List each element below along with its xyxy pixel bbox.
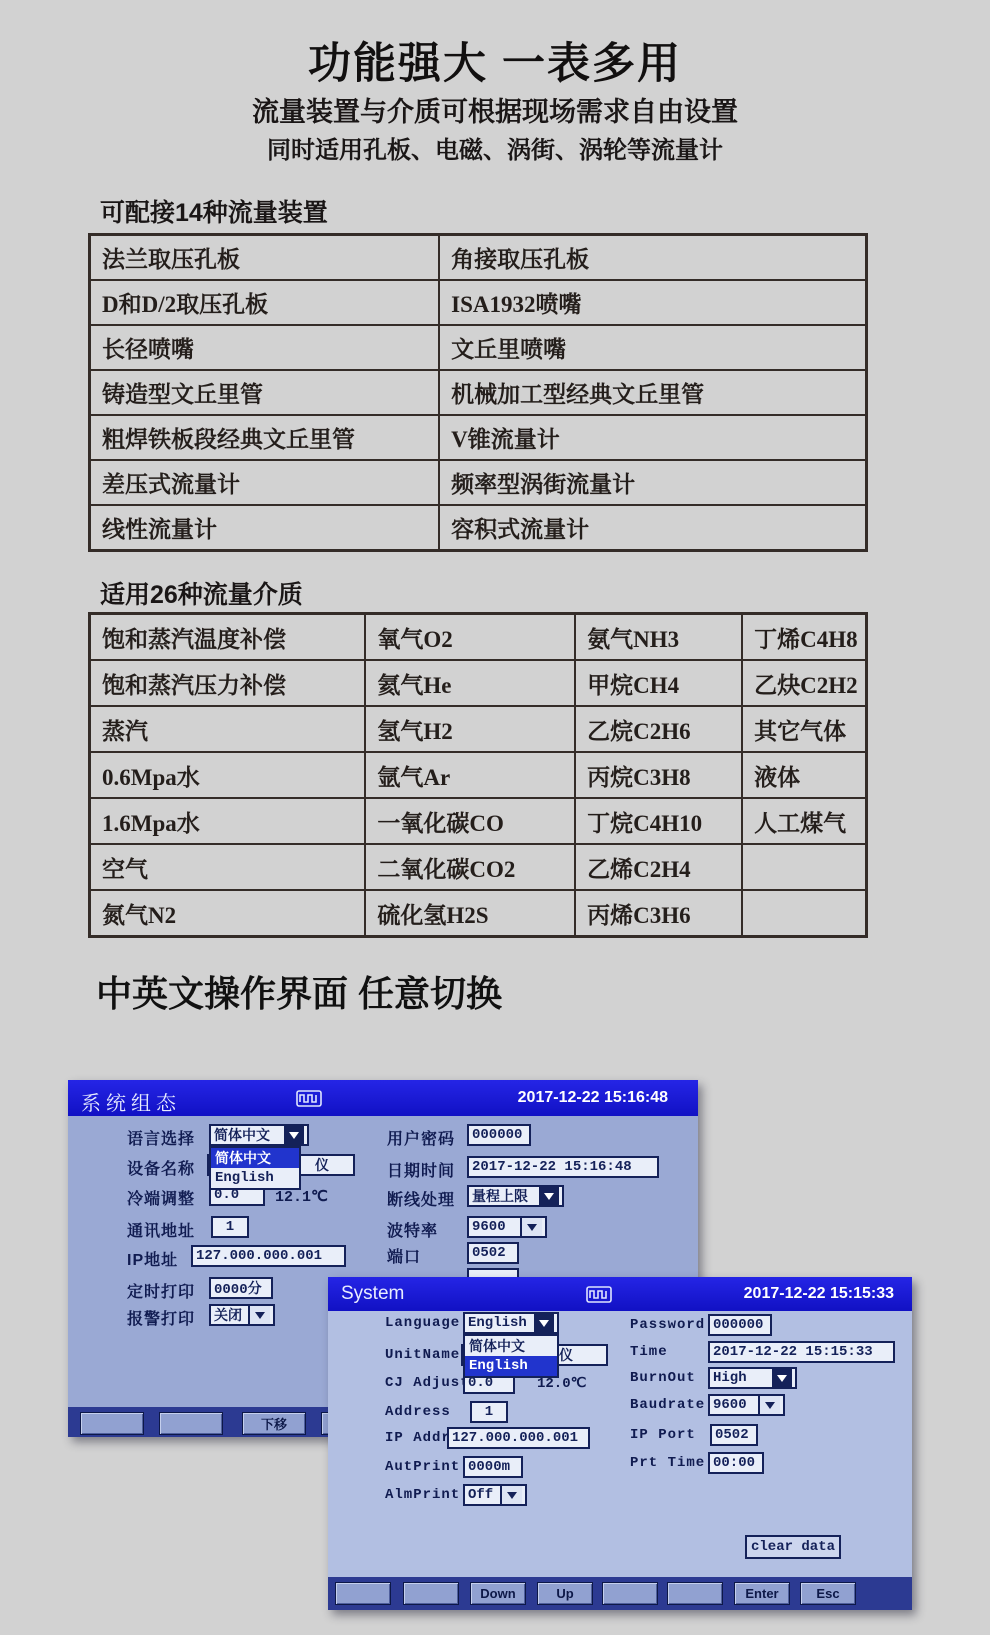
chevron-down-icon[interactable] bbox=[758, 1396, 780, 1414]
chevron-down-icon[interactable] bbox=[500, 1486, 522, 1504]
en-language-select[interactable]: English bbox=[463, 1312, 559, 1334]
device-cell: 长径喷嘴 bbox=[90, 325, 440, 370]
en-password-label: Password bbox=[630, 1317, 705, 1333]
en-unitname-label: UnitName bbox=[385, 1347, 460, 1363]
device-cell: 粗焊铁板段经典文丘里管 bbox=[90, 415, 440, 460]
cn-timed-print-field[interactable]: 0000分 bbox=[209, 1277, 273, 1299]
device-cell: 频率型涡街流量计 bbox=[439, 460, 866, 505]
clear-data-button[interactable]: clear data bbox=[745, 1535, 841, 1559]
en-ip-value: 127.000.000.001 bbox=[452, 1430, 578, 1446]
cn-softkey-2[interactable] bbox=[159, 1412, 223, 1435]
cn-datetime-label: 日期时间 bbox=[387, 1158, 455, 1181]
media-cell: 丁烷C4H10 bbox=[575, 798, 742, 844]
en-softkey-5[interactable] bbox=[602, 1582, 658, 1605]
device-cell: 差压式流量计 bbox=[90, 460, 440, 505]
en-alm-print-value: Off bbox=[468, 1487, 493, 1503]
media-cell: 二氧化碳CO2 bbox=[365, 844, 575, 890]
device-cell: 机械加工型经典文丘里管 bbox=[439, 370, 866, 415]
cn-softkey-1[interactable] bbox=[80, 1412, 144, 1435]
cn-alarm-print-label: 报警打印 bbox=[127, 1306, 195, 1329]
pulse-wave-icon bbox=[296, 1090, 322, 1112]
cn-password-label: 用户密码 bbox=[387, 1126, 455, 1149]
en-cj-adjust-label: CJ Adjust bbox=[385, 1375, 470, 1391]
en-softkey-6[interactable] bbox=[667, 1582, 723, 1605]
en-baudrate-value: 9600 bbox=[713, 1397, 747, 1413]
cn-timed-print-value: 0000分 bbox=[214, 1278, 262, 1298]
en-softkey-down[interactable]: Down bbox=[470, 1582, 526, 1605]
cn-port-value: 0502 bbox=[472, 1245, 506, 1261]
media-cell: 液体 bbox=[742, 752, 866, 798]
cn-language-label: 语言选择 bbox=[127, 1126, 195, 1149]
device-cell: V锥流量计 bbox=[439, 415, 866, 460]
cn-alarm-print-value: 关闭 bbox=[214, 1305, 242, 1325]
cn-password-field[interactable]: 000000 bbox=[467, 1124, 531, 1146]
cn-baudrate-value: 9600 bbox=[472, 1219, 506, 1235]
media-cell bbox=[742, 890, 866, 937]
en-softkey-2[interactable] bbox=[403, 1582, 459, 1605]
chevron-down-icon[interactable] bbox=[534, 1314, 554, 1332]
media-cell: 一氧化碳CO bbox=[365, 798, 575, 844]
cn-ip-label: IP地址 bbox=[127, 1247, 178, 1270]
page-subtitle-2: 同时适用孔板、电磁、涡街、涡轮等流量计 bbox=[0, 130, 990, 165]
en-prt-time-value: 00:00 bbox=[713, 1455, 755, 1471]
table-row: 铸造型文丘里管 机械加工型经典文丘里管 bbox=[90, 370, 867, 415]
media-heading: 适用26种流量介质 bbox=[100, 575, 303, 611]
en-softkey-esc[interactable]: Esc bbox=[800, 1582, 856, 1605]
table-row: 空气 二氧化碳CO2 乙烯C2H4 bbox=[90, 844, 867, 890]
cn-address-field[interactable]: 1 bbox=[211, 1216, 249, 1238]
en-password-value: 000000 bbox=[713, 1317, 763, 1333]
page: 功能强大 一表多用 流量装置与介质可根据现场需求自由设置 同时适用孔板、电磁、涡… bbox=[0, 0, 990, 1635]
media-table: 饱和蒸汽温度补偿 氧气O2 氨气NH3 丁烯C4H8 饱和蒸汽压力补偿 氦气He… bbox=[88, 612, 868, 938]
en-time-value: 2017-12-22 15:15:33 bbox=[713, 1344, 873, 1360]
media-cell: 乙炔C2H2 bbox=[742, 660, 866, 706]
switch-heading: 中英文操作界面 任意切换 bbox=[96, 966, 502, 1017]
chevron-down-icon[interactable] bbox=[772, 1369, 792, 1387]
en-softkey-1[interactable] bbox=[335, 1582, 391, 1605]
en-system-screen: System 2017-12-22 15:15:33 Language Engl… bbox=[328, 1277, 912, 1610]
media-cell: 0.6Mpa水 bbox=[90, 752, 366, 798]
media-cell: 人工煤气 bbox=[742, 798, 866, 844]
cn-language-select[interactable]: 简体中文 bbox=[209, 1124, 309, 1146]
page-title: 功能强大 一表多用 bbox=[0, 30, 990, 91]
media-cell: 氧气O2 bbox=[365, 614, 575, 661]
en-time-label: Time bbox=[630, 1344, 668, 1360]
cn-alarm-print-select[interactable]: 关闭 bbox=[209, 1304, 275, 1326]
table-row: 线性流量计 容积式流量计 bbox=[90, 505, 867, 551]
media-cell: 饱和蒸汽温度补偿 bbox=[90, 614, 366, 661]
chevron-down-icon[interactable] bbox=[539, 1187, 559, 1205]
cn-port-field[interactable]: 0502 bbox=[467, 1242, 519, 1264]
en-softkey-up[interactable]: Up bbox=[537, 1582, 593, 1605]
cn-burnout-value: 量程上限 bbox=[472, 1186, 528, 1206]
en-address-value: 1 bbox=[485, 1404, 493, 1420]
table-row: 1.6Mpa水 一氧化碳CO 丁烷C4H10 人工煤气 bbox=[90, 798, 867, 844]
option-english[interactable]: English bbox=[465, 1356, 557, 1376]
en-alm-print-label: AlmPrint bbox=[385, 1487, 460, 1503]
media-cell: 丁烯C4H8 bbox=[742, 614, 866, 661]
cn-datetime: 2017-12-22 15:16:48 bbox=[518, 1089, 668, 1107]
device-cell: ISA1932喷嘴 bbox=[439, 280, 866, 325]
en-ip-port-value: 0502 bbox=[715, 1427, 749, 1443]
cn-screen-title: 系统组态 bbox=[81, 1087, 181, 1116]
media-cell: 饱和蒸汽压力补偿 bbox=[90, 660, 366, 706]
pulse-wave-icon bbox=[586, 1286, 612, 1308]
media-cell: 丙烯C3H6 bbox=[575, 890, 742, 937]
cn-language-options: 简体中文 English bbox=[209, 1146, 301, 1190]
cn-datetime-field[interactable]: 2017-12-22 15:16:48 bbox=[467, 1156, 659, 1178]
en-prt-time-label: Prt Time bbox=[630, 1455, 705, 1471]
device-cell: 文丘里喷嘴 bbox=[439, 325, 866, 370]
media-cell: 氢气H2 bbox=[365, 706, 575, 752]
en-datetime: 2017-12-22 15:15:33 bbox=[744, 1285, 894, 1303]
cn-language-value: 简体中文 bbox=[214, 1125, 270, 1145]
media-cell: 乙烷C2H6 bbox=[575, 706, 742, 752]
option-english[interactable]: English bbox=[211, 1168, 299, 1188]
media-cell: 氦气He bbox=[365, 660, 575, 706]
media-cell: 蒸汽 bbox=[90, 706, 366, 752]
cn-softkey-move-down[interactable]: 下移 bbox=[242, 1412, 306, 1435]
cn-titlebar: 系统组态 2017-12-22 15:16:48 bbox=[68, 1080, 698, 1116]
en-time-field[interactable]: 2017-12-22 15:15:33 bbox=[708, 1341, 895, 1363]
media-cell: 空气 bbox=[90, 844, 366, 890]
cn-cj-adjust-label: 冷端调整 bbox=[127, 1186, 195, 1209]
cn-datetime-value: 2017-12-22 15:16:48 bbox=[472, 1159, 632, 1175]
device-cell: 容积式流量计 bbox=[439, 505, 866, 551]
table-row: D和D/2取压孔板 ISA1932喷嘴 bbox=[90, 280, 867, 325]
media-cell: 氨气NH3 bbox=[575, 614, 742, 661]
en-aut-print-field[interactable]: 0000m bbox=[463, 1456, 523, 1478]
table-row: 氮气N2 硫化氢H2S 丙烯C3H6 bbox=[90, 890, 867, 937]
table-row: 长径喷嘴 文丘里喷嘴 bbox=[90, 325, 867, 370]
en-password-field[interactable]: 000000 bbox=[708, 1314, 772, 1336]
en-ip-field[interactable]: 127.000.000.001 bbox=[447, 1427, 590, 1449]
en-ip-port-label: IP Port bbox=[630, 1427, 696, 1443]
cn-baudrate-label: 波特率 bbox=[387, 1218, 438, 1241]
option-simplified-chinese[interactable]: 简体中文 bbox=[211, 1148, 299, 1168]
device-cell: 角接取压孔板 bbox=[439, 235, 866, 281]
cn-unitname-label: 设备名称 bbox=[127, 1156, 195, 1179]
device-cell: 法兰取压孔板 bbox=[90, 235, 440, 281]
table-row: 法兰取压孔板 角接取压孔板 bbox=[90, 235, 867, 281]
media-cell: 硫化氢H2S bbox=[365, 890, 575, 937]
en-baudrate-select[interactable]: 9600 bbox=[708, 1394, 785, 1416]
en-address-label: Address bbox=[385, 1404, 451, 1420]
table-row: 饱和蒸汽温度补偿 氧气O2 氨气NH3 丁烯C4H8 bbox=[90, 614, 867, 661]
table-row: 饱和蒸汽压力补偿 氦气He 甲烷CH4 乙炔C2H2 bbox=[90, 660, 867, 706]
en-address-field[interactable]: 1 bbox=[470, 1401, 508, 1423]
en-titlebar: System 2017-12-22 15:15:33 bbox=[328, 1277, 912, 1311]
chevron-down-icon[interactable] bbox=[284, 1126, 304, 1144]
device-cell: 线性流量计 bbox=[90, 505, 440, 551]
cn-burnout-label: 断线处理 bbox=[387, 1187, 455, 1210]
en-burnout-select[interactable]: High bbox=[708, 1367, 797, 1389]
media-cell: 乙烯C2H4 bbox=[575, 844, 742, 890]
chevron-down-icon[interactable] bbox=[520, 1218, 542, 1236]
devices-heading: 可配接14种流量装置 bbox=[100, 193, 328, 229]
cn-password-value: 000000 bbox=[472, 1127, 522, 1143]
option-simplified-chinese[interactable]: 简体中文 bbox=[465, 1336, 557, 1356]
en-baudrate-label: Baudrate bbox=[630, 1397, 705, 1413]
en-screen-title: System bbox=[341, 1283, 404, 1305]
en-prt-time-field[interactable]: 00:00 bbox=[708, 1452, 764, 1474]
table-row: 差压式流量计 频率型涡街流量计 bbox=[90, 460, 867, 505]
media-cell: 1.6Mpa水 bbox=[90, 798, 366, 844]
media-cell: 氩气Ar bbox=[365, 752, 575, 798]
table-row: 0.6Mpa水 氩气Ar 丙烷C3H8 液体 bbox=[90, 752, 867, 798]
media-cell: 丙烷C3H8 bbox=[575, 752, 742, 798]
en-ip-label: IP Addr bbox=[385, 1430, 451, 1446]
page-subtitle-1: 流量装置与介质可根据现场需求自由设置 bbox=[0, 90, 990, 129]
en-language-options: 简体中文 English bbox=[463, 1334, 559, 1378]
media-cell: 其它气体 bbox=[742, 706, 866, 752]
en-burnout-label: BurnOut bbox=[630, 1370, 696, 1386]
en-burnout-value: High bbox=[713, 1370, 747, 1386]
devices-table: 法兰取压孔板 角接取压孔板 D和D/2取压孔板 ISA1932喷嘴 长径喷嘴 文… bbox=[88, 233, 868, 552]
cn-ip-field[interactable]: 127.000.000.001 bbox=[191, 1245, 346, 1267]
media-cell: 甲烷CH4 bbox=[575, 660, 742, 706]
cn-address-value: 1 bbox=[226, 1219, 234, 1235]
en-softkey-enter[interactable]: Enter bbox=[734, 1582, 790, 1605]
cn-port-label: 端口 bbox=[387, 1244, 421, 1267]
cn-burnout-select[interactable]: 量程上限 bbox=[467, 1185, 564, 1207]
media-cell: 氮气N2 bbox=[90, 890, 366, 937]
table-row: 粗焊铁板段经典文丘里管 V锥流量计 bbox=[90, 415, 867, 460]
cn-timed-print-label: 定时打印 bbox=[127, 1279, 195, 1302]
en-language-label: Language bbox=[385, 1315, 460, 1331]
en-ip-port-field[interactable]: 0502 bbox=[710, 1424, 758, 1446]
cn-address-label: 通讯地址 bbox=[127, 1218, 195, 1241]
device-cell: 铸造型文丘里管 bbox=[90, 370, 440, 415]
media-cell bbox=[742, 844, 866, 890]
en-language-value: English bbox=[468, 1315, 527, 1331]
en-aut-print-value: 0000m bbox=[468, 1459, 510, 1475]
en-aut-print-label: AutPrint bbox=[385, 1459, 460, 1475]
device-cell: D和D/2取压孔板 bbox=[90, 280, 440, 325]
table-row: 蒸汽 氢气H2 乙烷C2H6 其它气体 bbox=[90, 706, 867, 752]
en-alm-print-select[interactable]: Off bbox=[463, 1484, 527, 1506]
cn-ip-value: 127.000.000.001 bbox=[196, 1248, 322, 1264]
chevron-down-icon[interactable] bbox=[248, 1306, 270, 1324]
cn-baudrate-select[interactable]: 9600 bbox=[467, 1216, 547, 1238]
